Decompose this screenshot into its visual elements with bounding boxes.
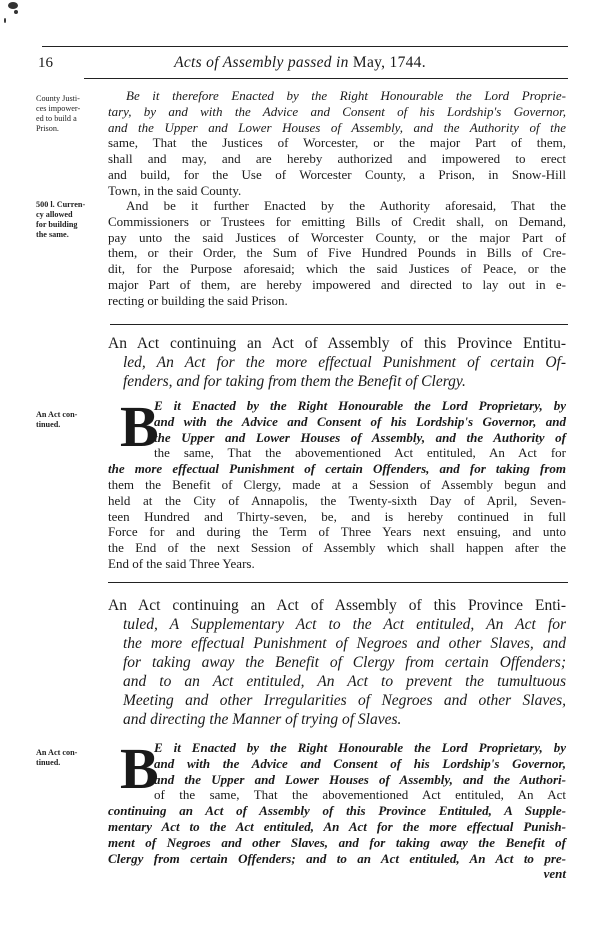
heading-line: led, An Act for the more effectual Punis… <box>108 353 566 372</box>
paragraph-prison-funding: And be it further Enacted by the Authori… <box>108 198 566 309</box>
heading-line: An Act continuing an Act of Assembly of … <box>108 334 566 353</box>
text-line: and build, for the Use of Worcester Coun… <box>108 167 566 183</box>
margin-note-act-continued: An Act con- tinued. <box>36 748 98 768</box>
margin-note-line: ces impower- <box>36 104 98 114</box>
margin-note-line: County Justi- <box>36 94 98 104</box>
catchword: vent <box>108 866 566 882</box>
text-line: tary, by and with the Advice and Consent… <box>108 104 566 120</box>
page-number: 16 <box>38 55 53 72</box>
margin-note-line: tinued. <box>36 420 98 430</box>
text-line: dit, for the Purpose aforesaid; which th… <box>108 261 566 277</box>
section-divider <box>108 582 568 583</box>
margin-note-line: tinued. <box>36 758 98 768</box>
heading-line: fenders, and for taking from them the Be… <box>108 372 566 391</box>
margin-note-line: for building <box>36 220 98 230</box>
text-line: Town, in the said County. <box>108 183 566 199</box>
text-line: recting or building the said Prison. <box>108 293 566 309</box>
text-line: of the same, That the abovementioned Act… <box>108 787 566 803</box>
text-line: ment of Negroes and other Slaves, and fo… <box>108 835 566 851</box>
text-line: them the Benefit of Clergy, made at a Se… <box>108 477 566 493</box>
text-line: Commissioners or Trustees for emitting B… <box>108 214 566 230</box>
paragraph-offenders-continued: B E it Enacted by the Right Honourable t… <box>108 398 566 572</box>
section-divider <box>110 324 568 325</box>
text-line: major Part of them, are hereby impowered… <box>108 277 566 293</box>
margin-note-line: ed to build a <box>36 114 98 124</box>
text-line: Clergy from certain Offenders; and to an… <box>108 851 566 867</box>
text-line: continuing an Act of Assembly of this Pr… <box>108 803 566 819</box>
paragraph-slaves-continued: B E it Enacted by the Right Honourable t… <box>108 740 566 882</box>
drop-cap: B <box>120 740 159 798</box>
text-line: and with the Advice and Consent of his L… <box>108 414 566 430</box>
heading-line: and directing the Manner of trying of Sl… <box>108 710 566 729</box>
text-line: held at the City of Annapolis, the Twent… <box>108 493 566 509</box>
running-title-roman: May, 1744. <box>353 54 426 71</box>
text-line: E it Enacted by the Right Honourable the… <box>108 398 566 414</box>
heading-line: for taking away the Benefit of Clergy fr… <box>108 653 566 672</box>
document-page: 16 Acts of Assembly passed in May, 1744.… <box>0 0 600 936</box>
text-line: Be it therefore Enacted by the Right Hon… <box>108 88 566 104</box>
page-blemish <box>8 2 18 9</box>
text-line: the End of the next Session of Assembly … <box>108 540 566 556</box>
header-bottom-rule <box>84 78 568 79</box>
text-line: and with the Advice and Consent of his L… <box>108 756 566 772</box>
margin-note-line: An Act con- <box>36 748 98 758</box>
page-blemish <box>4 18 6 23</box>
margin-note-line: cy allowed <box>36 210 98 220</box>
running-title: Acts of Assembly passed in May, 1744. <box>100 54 500 72</box>
text-line: the same, That the abovementioned Act en… <box>108 445 566 461</box>
text-line: pay unto the said Justices of Worcester … <box>108 230 566 246</box>
text-line: and the Upper and Lower Houses of Assemb… <box>108 120 566 136</box>
text-line: the Upper and Lower Houses of Assembly, … <box>108 430 566 446</box>
heading-line: and to an Act entituled, An Act to preve… <box>108 672 566 691</box>
paragraph-prison-enactment: Be it therefore Enacted by the Right Hon… <box>108 88 566 199</box>
margin-note-justices: County Justi- ces impower- ed to build a… <box>36 94 98 134</box>
text-line: teen Hundred and Thirty-seven, be, and i… <box>108 509 566 525</box>
text-line: mentary Act to the Act entituled, An Act… <box>108 819 566 835</box>
heading-line: Meeting and other Irregularities of Negr… <box>108 691 566 710</box>
margin-note-currency: 500 l. Curren- cy allowed for building t… <box>36 200 98 240</box>
text-line: Force for and during the Term of Three Y… <box>108 524 566 540</box>
text-line: same, That the Justices of Worcester, or… <box>108 135 566 151</box>
margin-note-line: Prison. <box>36 124 98 134</box>
header-top-rule <box>42 46 568 47</box>
act-heading-offenders: An Act continuing an Act of Assembly of … <box>108 334 566 391</box>
page-blemish <box>14 10 18 14</box>
margin-note-line: the same. <box>36 230 98 240</box>
heading-line: the more effectual Punishment of Negroes… <box>108 634 566 653</box>
heading-line: tuled, A Supplementary Act to the Act en… <box>108 615 566 634</box>
margin-note-act-continued: An Act con- tinued. <box>36 410 98 430</box>
text-line: End of the said Three Years. <box>108 556 566 572</box>
margin-note-line: An Act con- <box>36 410 98 420</box>
text-line: and the Upper and Lower Houses of Assemb… <box>108 772 566 788</box>
drop-cap: B <box>120 398 159 456</box>
text-line: E it Enacted by the Right Honourable the… <box>108 740 566 756</box>
text-line: the more effectual Punishment of certain… <box>108 461 566 477</box>
margin-note-line: 500 l. Curren- <box>36 200 98 210</box>
heading-line: An Act continuing an Act of Assembly of … <box>108 596 566 615</box>
running-title-italic: Acts of Assembly passed in <box>174 54 349 71</box>
act-heading-slaves: An Act continuing an Act of Assembly of … <box>108 596 566 729</box>
text-line: them, or their Order, the Sum of Five Hu… <box>108 245 566 261</box>
text-line: shall and may, and are hereby authorized… <box>108 151 566 167</box>
text-line: And be it further Enacted by the Authori… <box>108 198 566 214</box>
